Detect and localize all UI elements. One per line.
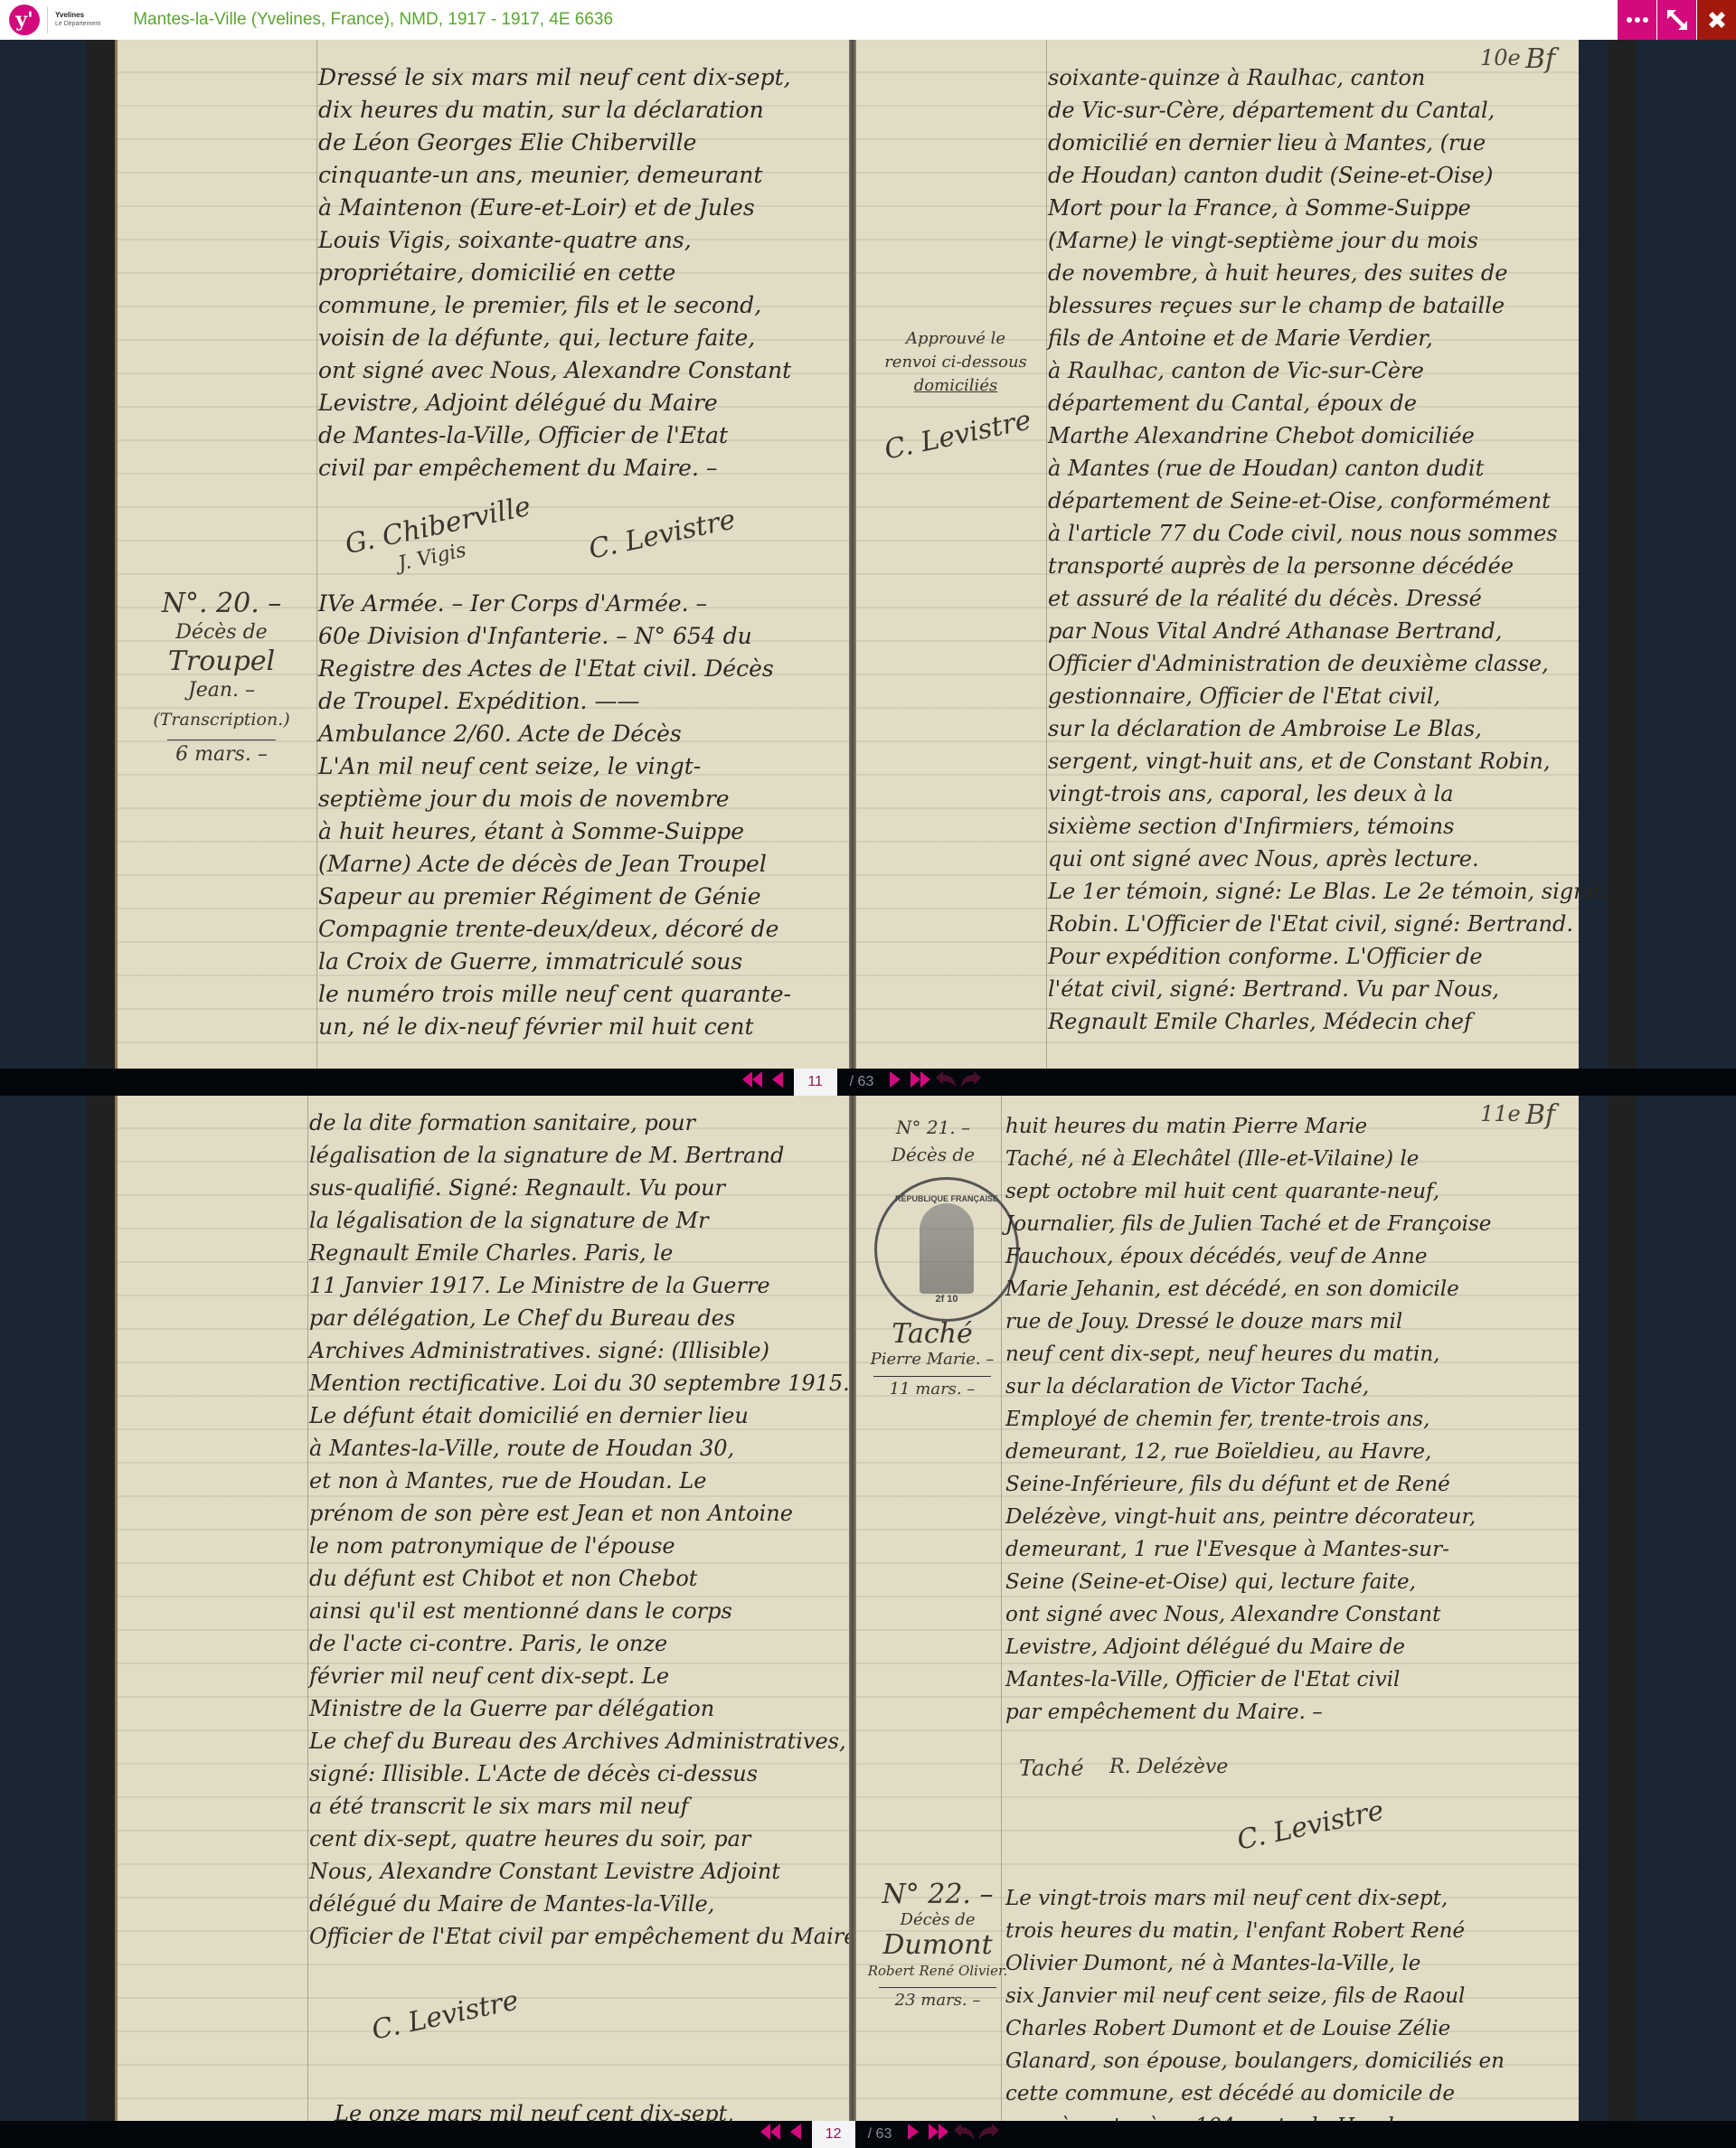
text-line: sur la déclaration de Victor Taché,: [1005, 1371, 1491, 1403]
entry-given-name: Pierre Marie. –: [860, 1347, 1005, 1372]
text-line: Officier d'Administration de deuxième cl…: [1048, 647, 1608, 680]
text-line: Levistre, Adjoint délégué du Maire: [318, 387, 791, 419]
signature: Taché: [1019, 1756, 1084, 1781]
text-line: février mil neuf cent dix-sept. Le: [309, 1660, 863, 1692]
text-line: le nom patronymique de l'épouse: [309, 1530, 863, 1562]
page-number-input[interactable]: 12: [812, 2121, 855, 2148]
death-record-text: Dressé le six mars mil neuf cent dix-sep…: [318, 61, 791, 485]
text-line: sergent, vingt-huit ans, et de Constant …: [1048, 745, 1608, 777]
text-line: Mort pour la France, à Somme-Suippe: [1048, 192, 1608, 224]
entry-surname: Taché: [860, 1322, 1005, 1347]
fullscreen-button[interactable]: [1656, 0, 1696, 40]
text-line: Ambulance 2/60. Acte de Décès: [318, 718, 791, 750]
text-line: par Nous Vital André Athanase Bertrand,: [1048, 615, 1608, 647]
undo-button[interactable]: [951, 2121, 976, 2148]
text-line: Le défunt était domicilié en dernier lie…: [309, 1399, 863, 1432]
text-line: de l'acte ci-contre. Paris, le onze: [309, 1627, 863, 1660]
margin-entry-21: N° 21. – Décès de: [865, 1114, 1001, 1168]
margin-signature: C. Levistre: [882, 404, 1033, 466]
text-line: huit heures du matin Pierre Marie: [1005, 1110, 1491, 1143]
text-line: de novembre, à huit heures, des suites d…: [1048, 257, 1608, 289]
text-line: à Raulhac, canton de Vic-sur-Cère: [1048, 354, 1608, 387]
text-line: l'état civil, signé: Bertrand. Vu par No…: [1048, 973, 1608, 1005]
text-line: transporté auprès de la personne décédée: [1048, 550, 1608, 582]
next-page-button[interactable]: [901, 2121, 926, 2148]
text-line: Le vingt-trois mars mil neuf cent dix-se…: [1005, 1882, 1505, 1915]
text-line: fils de Antoine et de Marie Verdier,: [1048, 322, 1608, 354]
note-line: domiciliés: [874, 374, 1037, 398]
redo-arrow-icon: [961, 1071, 981, 1088]
yvelines-logo[interactable]: y' Yvelines Le Département: [9, 0, 100, 40]
double-chevron-left-icon: [760, 2124, 780, 2140]
text-line: Charles Robert Dumont et de Louise Zélie: [1005, 2012, 1505, 2045]
page-number-input[interactable]: 11: [794, 1069, 837, 1096]
text-line: à Mantes (rue de Houdan) canton dudit: [1048, 452, 1608, 485]
page-navigation-controls: 11 / 63: [740, 1069, 985, 1096]
entry-date: 11 mars. –: [860, 1377, 1005, 1402]
death-record-text: Le vingt-trois mars mil neuf cent dix-se…: [1005, 1882, 1505, 2143]
text-line: Mantes-la-Ville, Officier de l'Etat civi…: [1005, 1663, 1491, 1696]
text-line: a été transcrit le six mars mil neuf: [309, 1790, 863, 1823]
book-cover-edge-left: [86, 40, 115, 1069]
logo-line1: Yvelines: [55, 11, 100, 20]
entry-number: N° 21. –: [865, 1114, 1001, 1141]
page-navigation-bar: 11 / 63: [0, 1069, 1736, 1096]
text-line: Sapeur au premier Régiment de Génie: [318, 881, 791, 913]
document-title: Mantes-la-Ville (Yvelines, France), NMD,…: [133, 10, 613, 30]
entry-given-name: Jean. –: [127, 676, 316, 705]
close-icon: [1706, 9, 1728, 31]
chevron-left-icon: [790, 2124, 801, 2140]
text-line: département du Cantal, époux de: [1048, 387, 1608, 419]
text-line: ainsi qu'il est mentionné dans le corps: [309, 1595, 863, 1627]
text-line: demeurant, 12, rue Boïeldieu, au Havre,: [1005, 1436, 1491, 1468]
text-line: par délégation, Le Chef du Bureau des: [309, 1302, 863, 1334]
text-line: Robin. L'Officier de l'Etat civil, signé…: [1048, 908, 1608, 940]
text-line: Regnault Emile Charles. Paris, le: [309, 1237, 863, 1269]
text-line: le numéro trois mille neuf cent quarante…: [318, 978, 791, 1011]
text-line: de Vic-sur-Cère, département du Cantal,: [1048, 94, 1608, 127]
death-record-text: huit heures du matin Pierre Marie Taché,…: [1005, 1110, 1491, 1729]
text-line: (Marne) le vingt-septième jour du mois: [1048, 224, 1608, 257]
signature: R. Delézève: [1109, 1756, 1228, 1778]
text-line: L'An mil neuf cent seize, le vingt-: [318, 750, 791, 783]
margin-rule: [307, 1096, 308, 2148]
text-line: six Janvier mil neuf cent seize, fils de…: [1005, 1980, 1505, 2012]
text-line: Nous, Alexandre Constant Levistre Adjoin…: [309, 1855, 863, 1888]
previous-page-button[interactable]: [765, 1069, 790, 1096]
book-spine: [849, 40, 856, 1069]
text-line: Employé de chemin fer, trente-trois ans,: [1005, 1403, 1491, 1436]
margin-rule: [316, 40, 317, 1069]
chevron-right-icon: [890, 1071, 901, 1088]
text-line: Pour expédition conforme. L'Officier de: [1048, 940, 1608, 973]
text-line: Registre des Actes de l'Etat civil. Décè…: [318, 653, 791, 685]
text-line: Le 1er témoin, signé: Le Blas. Le 2e tém…: [1048, 875, 1608, 908]
entry-label: Décès de: [127, 618, 316, 647]
undo-arrow-icon: [954, 2124, 974, 2140]
register-page-right: 10e Bf Approuvé le renvoi ci-dessous dom…: [856, 40, 1579, 1069]
death-record-text: IVe Armée. – Ier Corps d'Armée. – 60e Di…: [318, 588, 791, 1043]
text-line: à Maintenon (Eure-et-Loir) et de Jules: [318, 192, 791, 224]
text-line: commune, le premier, fils et le second,: [318, 289, 791, 322]
previous-page-button[interactable]: [783, 2121, 808, 2148]
ellipsis-dot: [1635, 17, 1640, 23]
text-line: demeurant, 1 rue l'Evesque à Mantes-sur-: [1005, 1533, 1491, 1566]
margin-entry-21-details: Taché Pierre Marie. – 11 mars. –: [860, 1322, 1005, 1402]
text-line: sur la déclaration de Ambroise Le Blas,: [1048, 712, 1608, 745]
entry-given-name: Robert René Olivier.: [865, 1958, 1010, 1983]
signature: C. Levistre: [369, 1984, 521, 2046]
page-spread-12[interactable]: de la dite formation sanitaire, pour lég…: [86, 1096, 1637, 2148]
text-line: la Croix de Guerre, immatriculé sous: [318, 946, 791, 978]
double-chevron-right-icon: [929, 2124, 948, 2140]
text-line: à Mantes-la-Ville, route de Houdan 30,: [309, 1432, 863, 1465]
text-line: trois heures du matin, l'enfant Robert R…: [1005, 1915, 1505, 1947]
text-line: Journalier, fils de Julien Taché et de F…: [1005, 1208, 1491, 1240]
text-line: dix heures du matin, sur la déclaration: [318, 94, 791, 127]
logo-line2: Le Département: [55, 20, 100, 29]
book-spine: [849, 1096, 856, 2148]
text-line: Glanard, son épouse, boulangers, domicil…: [1005, 2045, 1505, 2077]
text-line: la légalisation de la signature de Mr: [309, 1204, 863, 1237]
text-line: blessures reçues sur le champ de bataill…: [1048, 289, 1608, 322]
expand-arrows-icon: [1665, 8, 1689, 32]
last-page-button[interactable]: [926, 2121, 951, 2148]
text-line: sept octobre mil huit cent quarante-neuf…: [1005, 1175, 1491, 1208]
entry-surname: Troupel: [127, 647, 316, 676]
text-line: Compagnie trente-deux/deux, décoré de: [318, 913, 791, 946]
double-chevron-right-icon: [910, 1071, 930, 1088]
text-line: Le chef du Bureau des Archives Administr…: [309, 1725, 863, 1757]
text-line: Officier de l'Etat civil par empêchement…: [309, 1920, 863, 1953]
text-line: sixième section d'Infirmiers, témoins: [1048, 810, 1608, 843]
text-line: à huit heures, étant à Somme-Suippe: [318, 815, 791, 848]
text-line: neuf cent dix-sept, neuf heures du matin…: [1005, 1338, 1491, 1371]
redo-button[interactable]: [976, 2121, 1002, 2148]
text-line: Levistre, Adjoint délégué du Maire de: [1005, 1631, 1491, 1663]
page-spread-11[interactable]: Dressé le six mars mil neuf cent dix-sep…: [86, 40, 1637, 1069]
text-line: Regnault Emile Charles, Médecin chef: [1048, 1005, 1608, 1038]
signature: C. Levistre: [1234, 1795, 1386, 1856]
text-line: ont signé avec Nous, Alexandre Constant: [318, 354, 791, 387]
text-line: Fauchoux, époux décédés, veuf de Anne: [1005, 1240, 1491, 1273]
text-line: cinquante-un ans, meunier, demeurant: [318, 159, 791, 192]
text-line: Archives Administratives. signé: (Illisi…: [309, 1334, 863, 1367]
text-line: et non à Mantes, rue de Houdan. Le: [309, 1465, 863, 1497]
text-line: Mention rectificative. Loi du 30 septemb…: [309, 1367, 863, 1399]
next-page-button[interactable]: [882, 1069, 908, 1096]
text-line: Taché, né à Elechâtel (Ille-et-Vilaine) …: [1005, 1143, 1491, 1175]
text-line: de Houdan) canton dudit (Seine-et-Oise): [1048, 159, 1608, 192]
text-line: délégué du Maire de Mantes-la-Ville,: [309, 1888, 863, 1920]
stamp-text: RÉPUBLIQUE FRANÇAISE: [895, 1194, 998, 1203]
text-line: IVe Armée. – Ier Corps d'Armée. –: [318, 588, 791, 620]
entry-date: 23 mars. –: [865, 1988, 1010, 2013]
first-page-button[interactable]: [740, 1069, 765, 1096]
page-navigation-controls: 12 / 63: [758, 2121, 1003, 2148]
text-line: de Troupel. Expédition. ——: [318, 685, 791, 718]
ellipsis-dot: [1643, 17, 1648, 23]
text-line: propriétaire, domicilié en cette: [318, 257, 791, 289]
signature: C. Levistre: [586, 504, 738, 565]
text-line: département de Seine-et-Oise, conforméme…: [1048, 485, 1608, 517]
text-line: Seine-Inférieure, fils du défunt et de R…: [1005, 1468, 1491, 1501]
book-cover-edge-right: [1608, 1096, 1637, 2148]
register-page-left: de la dite formation sanitaire, pour lég…: [115, 1096, 849, 2148]
margin-entry-22: N° 22. – Décès de Dumont Robert René Oli…: [865, 1882, 1010, 2013]
tax-stamp: RÉPUBLIQUE FRANÇAISE 2f 10: [874, 1177, 1019, 1322]
text-line: sus-qualifié. Signé: Regnault. Vu pour: [309, 1172, 863, 1204]
text-line: prénom de son père est Jean et non Antoi…: [309, 1497, 863, 1530]
entry-label: Décès de: [865, 1141, 1001, 1168]
text-line: du défunt est Chibot et non Chebot: [309, 1562, 863, 1595]
entry-number: N° 22. –: [865, 1882, 1010, 1908]
text-line: 11 Janvier 1917. Le Ministre de la Guerr…: [309, 1269, 863, 1302]
redo-arrow-icon: [979, 2124, 999, 2140]
text-line: rue de Jouy. Dressé le douze mars mil: [1005, 1305, 1491, 1338]
app-header: y' Yvelines Le Département Mantes-la-Vil…: [0, 0, 1736, 40]
text-line: ont signé avec Nous, Alexandre Constant: [1005, 1598, 1491, 1631]
text-line: Seine (Seine-et-Oise) qui, lecture faite…: [1005, 1566, 1491, 1598]
register-page-right: 11e Bf N° 21. – Décès de RÉPUBLIQUE FRAN…: [856, 1096, 1579, 2148]
text-line: vingt-trois ans, caporal, les deux à la: [1048, 777, 1608, 810]
logo-divider: [47, 6, 48, 33]
text-line: Ministre de la Guerre par délégation: [309, 1692, 863, 1725]
text-line: 60e Division d'Infanterie. – N° 654 du: [318, 620, 791, 653]
text-line: qui ont signé avec Nous, après lecture.: [1048, 843, 1608, 875]
margin-rule: [1046, 40, 1047, 1069]
text-line: par empêchement du Maire. –: [1005, 1696, 1491, 1729]
folio-initials: Bf: [1525, 1099, 1555, 1131]
first-page-button[interactable]: [758, 2121, 783, 2148]
more-options-button[interactable]: [1617, 0, 1656, 40]
text-line: Marie Jehanin, est décédé, en son domici…: [1005, 1273, 1491, 1305]
text-line: cette commune, est décédé au domicile de: [1005, 2077, 1505, 2110]
text-line: légalisation de la signature de M. Bertr…: [309, 1139, 863, 1172]
text-line: Olivier Dumont, né à Mantes-la-Ville, le: [1005, 1947, 1505, 1980]
text-line: et assuré de la réalité du décès. Dressé: [1048, 582, 1608, 615]
logo-text: Yvelines Le Département: [55, 11, 100, 29]
text-line: soixante-quinze à Raulhac, canton: [1048, 61, 1608, 94]
text-line: domicilié en dernier lieu à Mantes, (rue: [1048, 127, 1608, 159]
text-line: Delézève, vingt-huit ans, peintre décora…: [1005, 1501, 1491, 1533]
page-navigation-bar: 12 / 63: [0, 2121, 1736, 2148]
text-line: cent dix-sept, quatre heures du soir, pa…: [309, 1823, 863, 1855]
text-line: gestionnaire, Officier de l'Etat civil,: [1048, 680, 1608, 712]
text-line: Marthe Alexandrine Chebot domiciliée: [1048, 419, 1608, 452]
text-line: voisin de la défunte, qui, lecture faite…: [318, 322, 791, 354]
text-line: à l'article 77 du Code civil, nous nous …: [1048, 517, 1608, 550]
close-button[interactable]: [1696, 0, 1736, 40]
page-total: / 63: [850, 1074, 874, 1090]
entry-note: (Transcription.): [127, 705, 316, 734]
double-chevron-left-icon: [742, 1071, 762, 1088]
ellipsis-icon: [1627, 17, 1632, 23]
stamp-value: 2f 10: [935, 1294, 958, 1305]
logo-mark-icon: y': [9, 5, 40, 35]
text-line: septième jour du mois de novembre: [318, 783, 791, 815]
margin-approval-note: Approuvé le renvoi ci-dessous domiciliés: [874, 327, 1037, 398]
header-actions: [1617, 0, 1736, 40]
entry-number: N°. 20. –: [127, 589, 316, 618]
text-line: civil par empêchement du Maire. –: [318, 452, 791, 485]
margin-entry-20: N°. 20. – Décès de Troupel Jean. – (Tran…: [127, 589, 316, 769]
undo-button[interactable]: [933, 1069, 958, 1096]
death-record-text: de la dite formation sanitaire, pour lég…: [309, 1107, 863, 1953]
undo-arrow-icon: [936, 1071, 956, 1088]
book-cover-edge-left: [86, 1096, 115, 2148]
note-line: renvoi ci-dessous: [874, 351, 1037, 374]
text-line: de Mantes-la-Ville, Officier de l'Etat: [318, 419, 791, 452]
book-cover-edge-right: [1608, 40, 1637, 1069]
page-total: / 63: [868, 2126, 892, 2143]
text-line: (Marne) Acte de décès de Jean Troupel: [318, 848, 791, 881]
text-line: de la dite formation sanitaire, pour: [309, 1107, 863, 1139]
text-line: signé: Illisible. L'Acte de décès ci-des…: [309, 1757, 863, 1790]
chevron-right-icon: [908, 2124, 919, 2140]
chevron-left-icon: [772, 1071, 783, 1088]
entry-surname: Dumont: [865, 1933, 1010, 1958]
death-record-text: soixante-quinze à Raulhac, canton de Vic…: [1048, 61, 1608, 1038]
text-line: un, né le dix-neuf février mil huit cent: [318, 1011, 791, 1043]
text-line: Louis Vigis, soixante-quatre ans,: [318, 224, 791, 257]
justice-figure-icon: [920, 1203, 974, 1294]
redo-button[interactable]: [958, 1069, 984, 1096]
entry-date: 6 mars. –: [127, 740, 316, 769]
last-page-button[interactable]: [908, 1069, 933, 1096]
text-line: de Léon Georges Elie Chiberville: [318, 127, 791, 159]
register-page-left: Dressé le six mars mil neuf cent dix-sep…: [115, 40, 849, 1069]
note-line: Approuvé le: [874, 327, 1037, 351]
text-line: Dressé le six mars mil neuf cent dix-sep…: [318, 61, 791, 94]
